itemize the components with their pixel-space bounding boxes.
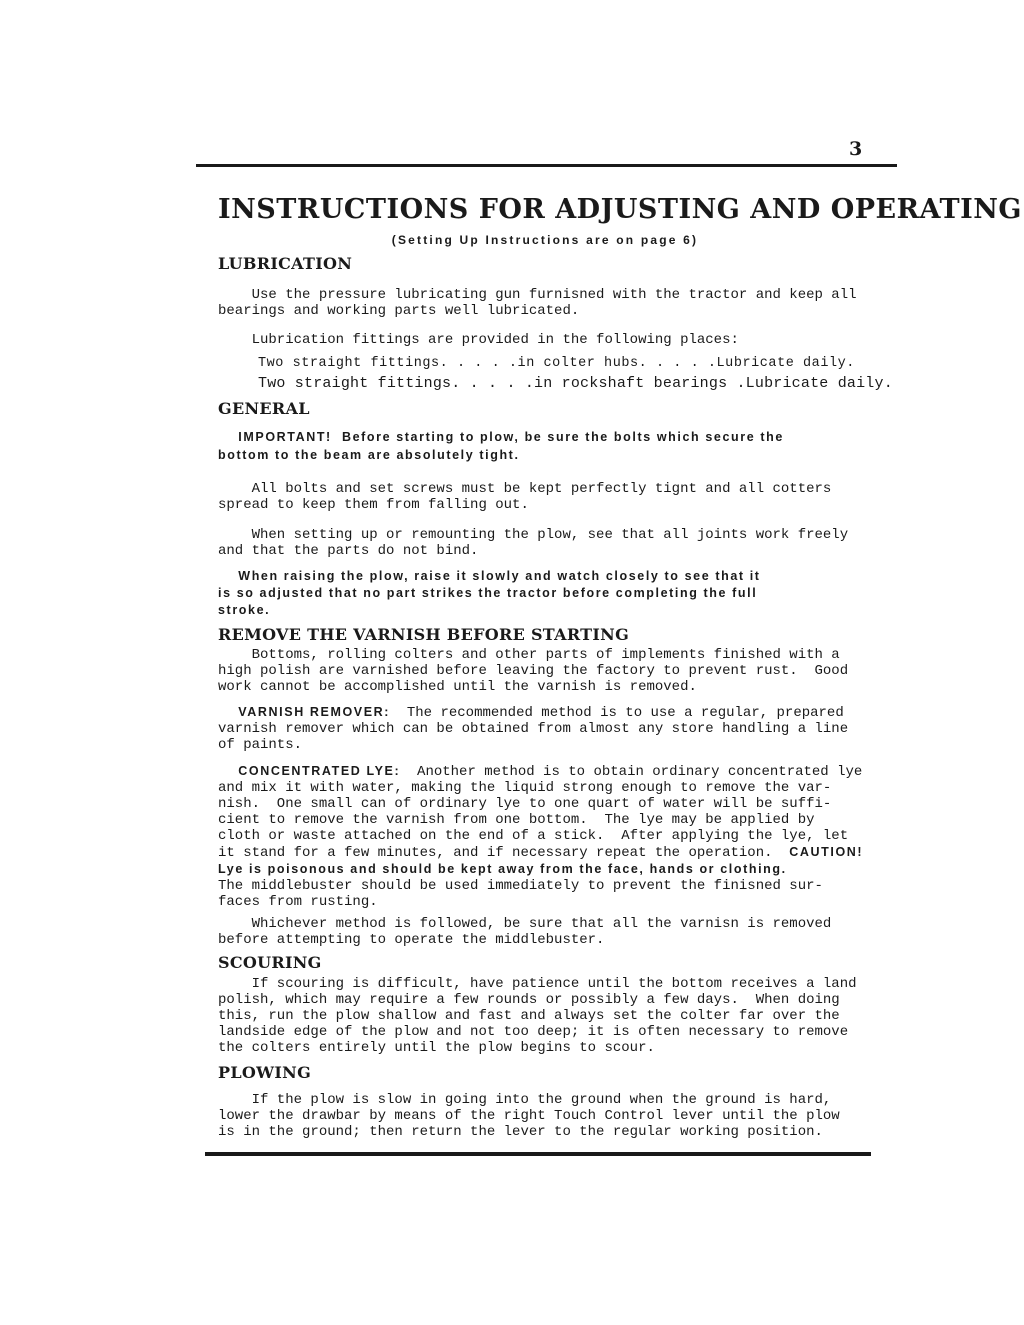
page-content: INSTRUCTIONS FOR ADJUSTING AND OPERATING… xyxy=(218,195,872,1140)
paragraph-concentrated-lye: CONCENTRATED LYE: Another method is to o… xyxy=(218,763,872,910)
paragraph-bolts-set-screws: All bolts and set screws must be kept pe… xyxy=(218,481,872,513)
fitting-line-colter-hubs: Two straight fittings. . . . .in colter … xyxy=(218,355,872,372)
paragraph-lubricating-gun: Use the pressure lubricating gun furnisn… xyxy=(218,287,872,319)
section-heading-general: GENERAL xyxy=(218,400,872,418)
fitting-line-rockshaft-bearings: Two straight fittings. . . . .in rocksha… xyxy=(218,374,872,394)
paragraph-whichever-method: Whichever method is followed, be sure th… xyxy=(218,916,872,948)
concentrated-lye-body-1: Another method is to obtain ordinary con… xyxy=(218,764,862,861)
paragraph-scouring: If scouring is difficult, have patience … xyxy=(218,976,872,1056)
paragraph-important-notice: IMPORTANT! Before starting to plow, be s… xyxy=(218,429,872,464)
paragraph-plowing: If the plow is slow in going into the gr… xyxy=(218,1092,872,1140)
important-text: IMPORTANT! Before starting to plow, be s… xyxy=(218,430,784,462)
concentrated-lye-body-2: The middlebuster should be used immediat… xyxy=(218,878,823,910)
section-heading-remove-varnish: REMOVE THE VARNISH BEFORE STARTING xyxy=(218,626,872,644)
paragraph-fittings-intro: Lubrication fittings are provided in the… xyxy=(218,332,872,348)
page-title: INSTRUCTIONS FOR ADJUSTING AND OPERATING xyxy=(218,195,872,225)
raising-plow-text: When raising the plow, raise it slowly a… xyxy=(218,569,761,617)
page-subtitle: (Setting Up Instructions are on page 6) xyxy=(218,233,872,248)
footer-rule xyxy=(205,1152,871,1156)
paragraph-bottoms-colters: Bottoms, rolling colters and other parts… xyxy=(218,647,872,695)
page-number: 3 xyxy=(849,138,862,160)
document-page: 3 INSTRUCTIONS FOR ADJUSTING AND OPERATI… xyxy=(0,0,1024,1325)
paragraph-varnish-remover: VARNISH REMOVER: The recommended method … xyxy=(218,704,872,753)
concentrated-lye-label: CONCENTRATED LYE: xyxy=(218,764,400,778)
header-rule xyxy=(196,164,897,167)
section-heading-plowing: PLOWING xyxy=(218,1064,872,1082)
paragraph-setting-up: When setting up or remounting the plow, … xyxy=(218,527,872,559)
section-heading-scouring: SCOURING xyxy=(218,954,872,972)
paragraph-raising-plow: When raising the plow, raise it slowly a… xyxy=(218,568,872,619)
section-heading-lubrication: LUBRICATION xyxy=(218,255,872,273)
varnish-remover-label: VARNISH REMOVER: xyxy=(218,705,390,719)
